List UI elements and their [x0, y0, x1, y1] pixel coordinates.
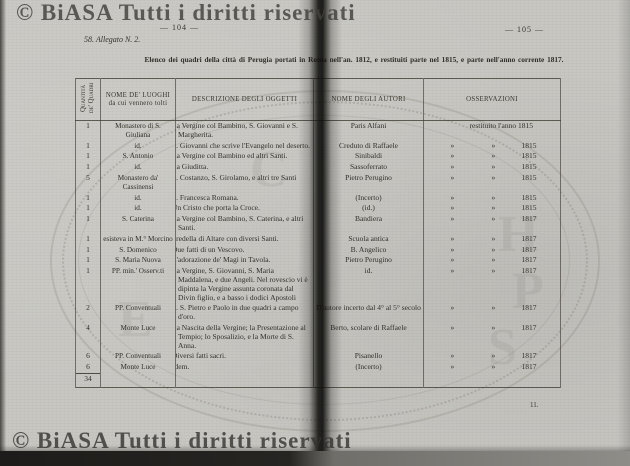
- place-cell: S. Maria Nuova: [101, 255, 176, 266]
- observation-text: restituito l'anno 1815: [426, 122, 558, 131]
- ditto-mark: »: [479, 304, 508, 313]
- observation-year: 1815: [508, 194, 550, 203]
- description-cell: Predella di Altare con diversi Santi.: [176, 234, 314, 245]
- header-observations: OSSERVAZIONI: [424, 79, 561, 121]
- ditto-mark: »: [479, 142, 508, 151]
- observation-year: 1817: [508, 267, 550, 276]
- scan-left-edge: [0, 0, 7, 466]
- place-cell: S. Caterina: [101, 214, 176, 234]
- ditto-mark: »: [426, 352, 479, 361]
- place-cell: PP. Conventuali: [101, 303, 176, 323]
- description-cell: La Vergine, S. Giovanni, S. Maria Maddal…: [176, 266, 314, 303]
- observation-year: 1815: [508, 174, 550, 183]
- place-cell: esisteva in M.° Morcino: [101, 234, 176, 245]
- book-gutter-shadow: [298, 0, 342, 466]
- observation-year: 1815: [508, 152, 550, 161]
- ditto-mark: »: [426, 363, 479, 372]
- document-title: Elenco dei quadri della città di Perugia…: [100, 55, 608, 64]
- copyright-watermark-bottom: © BiASA Tutti i diritti riservati: [12, 428, 352, 454]
- ditto-mark: »: [479, 246, 508, 255]
- ditto-mark: »: [479, 267, 508, 276]
- observation-year: 1817: [508, 246, 550, 255]
- place-cell: Monastero da' Cassinensi: [101, 173, 176, 193]
- observation-cell: restituito l'anno 1815: [424, 121, 561, 141]
- observation-cell: »»1817: [424, 245, 561, 256]
- ditto-mark: »: [426, 267, 479, 276]
- quantity-cell: 1: [76, 214, 101, 234]
- empty-cell: [101, 373, 176, 387]
- ditto-mark: »: [479, 256, 508, 265]
- ditto-mark: »: [479, 174, 508, 183]
- observation-year: 1817: [508, 235, 550, 244]
- scan-right-edge: [616, 0, 630, 466]
- observation-cell: »»1815: [424, 141, 561, 152]
- quantity-cell: 1: [76, 266, 101, 303]
- ditto-mark: »: [426, 246, 479, 255]
- quantity-cell: 1: [76, 121, 101, 141]
- header-quantity: Quantità de' Quadri: [76, 79, 101, 121]
- ditto-mark: »: [426, 163, 479, 172]
- observation-cell: »»1815: [424, 162, 561, 173]
- place-cell: Monte Luce: [101, 362, 176, 373]
- observation-cell: »»1817: [424, 255, 561, 266]
- place-cell: S. Antonio: [101, 151, 176, 162]
- observation-cell: »»1817: [424, 351, 561, 362]
- observation-cell: »»1817: [424, 266, 561, 303]
- scanned-book-page: C H P S E — 104 — — 105 — 58. Allegato N…: [0, 0, 630, 466]
- description-cell: La Vergine col Bambino ed altri Santi.: [176, 151, 314, 162]
- quantity-cell: 4: [76, 323, 101, 351]
- header-places-line1: NOME DE' LUOGHI: [106, 92, 170, 99]
- description-cell: S. S. Pietro e Paolo in due quadri a cam…: [176, 303, 314, 323]
- description-cell: Diversi fatti sacri.: [176, 351, 314, 362]
- description-cell: L'adorazione de' Magi in Tavola.: [176, 255, 314, 266]
- quantity-cell: 1: [76, 203, 101, 214]
- place-cell: PP. Conventuali: [101, 351, 176, 362]
- observation-year: 1817: [508, 304, 550, 313]
- observation-cell: »»1815: [424, 173, 561, 193]
- ditto-mark: »: [479, 215, 508, 224]
- ditto-mark: »: [479, 324, 508, 333]
- observation-year: 1817: [508, 215, 550, 224]
- quantity-cell: 6: [76, 351, 101, 362]
- observation-year: 1815: [508, 142, 550, 151]
- quantity-cell: 1: [76, 234, 101, 245]
- place-cell: id.: [101, 162, 176, 173]
- observation-cell: »»1817: [424, 214, 561, 234]
- ditto-mark: »: [426, 204, 479, 213]
- ditto-mark: »: [426, 235, 479, 244]
- observation-cell: »»1817: [424, 234, 561, 245]
- annex-label: 58. Allegato N. 2.: [84, 35, 140, 44]
- observation-year: 1817: [508, 363, 550, 372]
- observation-year: 1815: [508, 163, 550, 172]
- ditto-mark: »: [426, 152, 479, 161]
- observation-year: 1817: [508, 256, 550, 265]
- ditto-mark: »: [426, 174, 479, 183]
- signature-mark: 11.: [530, 401, 539, 409]
- description-cell: S. Francesca Romana.: [176, 193, 314, 204]
- observation-cell: »»1817: [424, 303, 561, 323]
- copyright-watermark-top: © BiASA Tutti i diritti riservati: [16, 0, 356, 26]
- description-cell: La Vergine col Bambino, S. Caterina, e a…: [176, 214, 314, 234]
- description-cell: Un Cristo che porta la Croce.: [176, 203, 314, 214]
- quantity-cell: 1: [76, 151, 101, 162]
- place-cell: PP. min.' Osserv.ti: [101, 266, 176, 303]
- place-cell: id.: [101, 193, 176, 204]
- header-places: NOME DE' LUOGHI da cui vennero tolti: [101, 79, 176, 121]
- description-cell: S. Giovanni che scrive l'Evangelo nel de…: [176, 141, 314, 152]
- quantity-cell: 5: [76, 173, 101, 193]
- empty-cell: [176, 373, 314, 387]
- place-cell: Monte Luce: [101, 323, 176, 351]
- ditto-mark: »: [426, 194, 479, 203]
- observation-cell: »»1817: [424, 362, 561, 373]
- header-description: DESCRIZIONE DEGLI OGGETTI: [176, 79, 314, 121]
- ditto-mark: »: [479, 163, 508, 172]
- observation-cell: »»1815: [424, 193, 561, 204]
- place-cell: id.: [101, 141, 176, 152]
- observation-cell: »»1815: [424, 151, 561, 162]
- ditto-mark: »: [479, 352, 508, 361]
- total-quantity-cell: 34: [76, 373, 101, 387]
- description-cell: La Vergine col Bambino, S. Giovanni e S.…: [176, 121, 314, 141]
- observation-year: 1817: [508, 324, 550, 333]
- ditto-mark: »: [426, 324, 479, 333]
- place-cell: S. Domenico: [101, 245, 176, 256]
- ditto-mark: »: [479, 194, 508, 203]
- observation-cell: »»1815: [424, 203, 561, 214]
- quantity-cell: 1: [76, 141, 101, 152]
- ditto-mark: »: [479, 363, 508, 372]
- description-cell: S. Costanzo, S. Girolamo, e altri tre Sa…: [176, 173, 314, 193]
- place-cell: Monastero di S. Giuliana: [101, 121, 176, 141]
- ditto-mark: »: [426, 256, 479, 265]
- quantity-cell: 1: [76, 245, 101, 256]
- page-number-right: — 105 —: [505, 25, 544, 34]
- ditto-mark: »: [479, 152, 508, 161]
- quantity-cell: 1: [76, 162, 101, 173]
- description-cell: La Nascita della Vergine; la Presentazio…: [176, 323, 314, 351]
- ditto-mark: »: [426, 304, 479, 313]
- quantity-cell: 6: [76, 362, 101, 373]
- observation-year: 1815: [508, 204, 550, 213]
- description-cell: Idem.: [176, 362, 314, 373]
- ditto-mark: »: [426, 142, 479, 151]
- empty-cell: [424, 373, 561, 387]
- description-cell: La Giuditta.: [176, 162, 314, 173]
- quantity-cell: 1: [76, 193, 101, 204]
- header-places-line2: da cui vennero tolti: [109, 100, 168, 107]
- quantity-cell: 1: [76, 255, 101, 266]
- quantity-cell: 2: [76, 303, 101, 323]
- ditto-mark: »: [479, 204, 508, 213]
- observation-year: 1817: [508, 352, 550, 361]
- observation-cell: »»1817: [424, 323, 561, 351]
- description-cell: Due fatti di un Vescovo.: [176, 245, 314, 256]
- place-cell: id.: [101, 203, 176, 214]
- ditto-mark: »: [426, 215, 479, 224]
- ditto-mark: »: [479, 235, 508, 244]
